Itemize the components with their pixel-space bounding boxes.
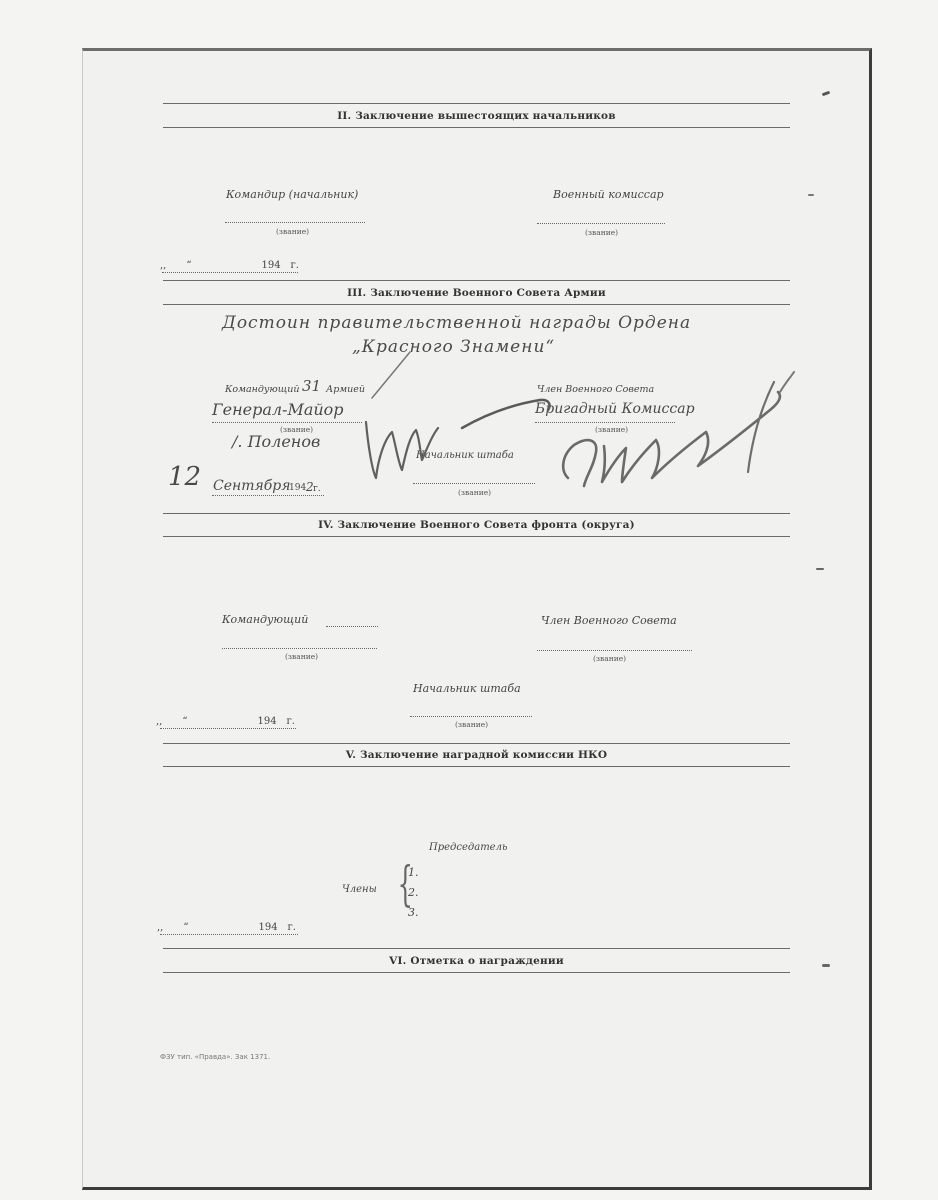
ink-smudge bbox=[822, 964, 830, 967]
section-5-date-dots bbox=[160, 934, 298, 935]
section-4-member-label: Член Военного Совета bbox=[541, 614, 677, 627]
section-3-signature-strokes bbox=[0, 0, 938, 600]
section-4-commander-rank-line bbox=[222, 648, 377, 649]
section-6-bottom-rule bbox=[163, 972, 790, 973]
section-4-chief-rank-line bbox=[410, 716, 532, 717]
section-4-member-rank-line bbox=[537, 650, 692, 651]
section-5-member-2: 2. bbox=[408, 886, 419, 899]
section-5-member-3: 3. bbox=[408, 906, 419, 919]
section-4-commander-rank-caption: (звание) bbox=[285, 652, 318, 661]
section-4-commander-dots bbox=[326, 626, 378, 627]
section-5-date-line: ,, “ 194 г. bbox=[157, 922, 296, 933]
printer-imprint: ФЗУ тип. «Правда». Зак 1371. bbox=[160, 1053, 270, 1061]
section-4-title: IV. Заключение Военного Совета фронта (о… bbox=[163, 519, 790, 531]
section-5-bottom-rule bbox=[163, 766, 790, 767]
section-5-chairman-label: Председатель bbox=[429, 842, 507, 853]
section-5-top-rule bbox=[163, 743, 790, 744]
section-6-top-rule bbox=[163, 948, 790, 949]
ink-smudge bbox=[808, 194, 814, 196]
section-4-date-line: ,, “ 194 г. bbox=[156, 716, 295, 727]
section-5-member-1: 1. bbox=[408, 866, 419, 879]
section-4-bottom-rule bbox=[163, 536, 790, 537]
section-4-top-rule bbox=[163, 513, 790, 514]
section-4-chief-of-staff-label: Начальник штаба bbox=[413, 682, 521, 695]
section-5-title: V. Заключение наградной комиссии НКО bbox=[163, 749, 790, 761]
section-4-date-dots bbox=[160, 728, 296, 729]
section-6-title: VI. Отметка о награждении bbox=[163, 955, 790, 967]
section-5-members-label: Члены bbox=[342, 884, 377, 895]
ink-smudge bbox=[816, 568, 824, 570]
section-4-commander-label: Командующий bbox=[222, 613, 308, 626]
section-4-chief-rank-caption: (звание) bbox=[455, 720, 488, 729]
section-4-member-rank-caption: (звание) bbox=[593, 654, 626, 663]
